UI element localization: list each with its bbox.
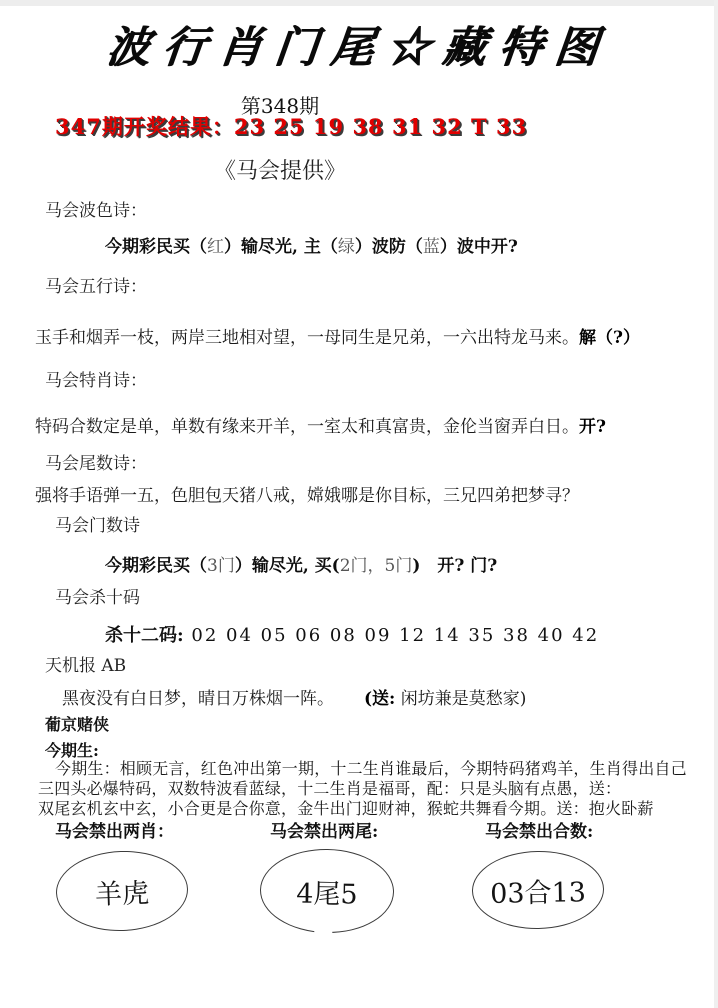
tianji-poem: 黑夜没有白日梦，晴日万株烟一阵。(送: 闲坊兼是莫愁家) [62,684,526,709]
ban-value-sums: 03合13 [490,870,586,911]
ban-label-zodiacs: 马会禁出两肖： [55,817,174,842]
kill-twelve-label: 杀十二码: [105,625,184,646]
ban-oval-sums: 03合13 [471,850,604,930]
section-label-bose: 马会波色诗： [45,196,147,221]
menshu-value2: 2门，5门 [340,556,413,576]
page-edge-top [0,0,718,6]
tianji-song-label: (送: [364,689,395,709]
ban-label-sums: 马会禁出合数: [485,817,593,842]
menshu-part3: ) 开? 门? [412,556,497,576]
ban-label-tails: 马会禁出两尾: [270,817,378,842]
texiao-poem: 特码合数定是单，单数有缘来开羊，一室太和真富贵，金伦当窗弄白日。开? [35,412,606,437]
ban-value-tails: 4尾5 [296,871,358,911]
menshu-poem: 今期彩民买（3门）输尽光, 买(2门，5门) 开? 门? [105,551,497,576]
ban-value-zodiacs: 羊虎 [94,871,149,912]
oval-gap [314,927,332,936]
bose-part1: 今期彩民买（ [105,237,207,257]
tianji-song-text: 闲坊兼是莫愁家) [395,689,526,709]
tianji-poem-text: 黑夜没有白日梦，晴日万株烟一阵。 [62,689,334,709]
pujing-line-3: 双尾玄机玄中玄，小合更是合你意，金牛出门迎财神，猴蛇共舞看今期。送：抱火卧薪 [38,796,654,819]
bose-part2: ）输尽光, 主（ [224,237,338,257]
section-label-texiao: 马会特肖诗： [45,366,147,391]
oval-gap [151,845,169,859]
bose-part3: ）波防（ [355,237,423,257]
section-label-weishu: 马会尾数诗： [45,449,147,474]
lottery-tip-sheet: 波行肖门尾☆藏特图 第348期 347期开奖结果：23 25 19 38 31 … [0,0,718,1008]
texiao-poem-text: 特码合数定是单，单数有缘来开羊，一室太和真富贵，金伦当窗弄白日。 [35,417,579,437]
wuxing-poem-text: 玉手和烟弄一枝，两岸三地相对望，一母同生是兄弟，一六出特龙马来。 [35,328,579,348]
ban-oval-zodiacs: 羊虎 [55,849,190,934]
previous-draw-result: 347期开奖结果：23 25 19 38 31 32 T 33 [55,111,527,141]
provider-note: 《马会提供》 [0,154,560,185]
section-label-shama: 马会杀十码 [55,583,140,608]
oval-gap [567,845,585,859]
kill-twelve-numbers: 02 04 05 06 08 09 12 14 35 38 40 42 [191,625,599,646]
weishu-poem: 强将手语弹一五，色胆包天猪八戒，嫦娥哪是你目标，三兄四弟把梦寻？ [35,481,579,506]
section-label-tianji: 天机报 AB [45,651,126,676]
menshu-part2: ）输尽光, 买( [235,556,340,576]
bose-part4: ）波中开? [440,237,518,257]
section-label-menshu: 马会门数诗 [55,511,140,536]
menshu-part1: 今期彩民买（ [105,556,207,576]
bose-red: 红 [207,237,224,257]
ban-oval-tails: 4尾5 [259,848,394,934]
wuxing-poem: 玉手和烟弄一枝，两岸三地相对望，一母同生是兄弟，一六出特龙马来。解（?） [35,323,640,348]
page-edge-right [714,0,718,1008]
section-label-wuxing: 马会五行诗： [45,272,147,297]
texiao-answer: 开? [579,417,606,437]
bose-green: 绿 [338,237,355,257]
menshu-value1: 3门 [207,556,235,576]
bose-blue: 蓝 [423,237,440,257]
kill-twelve-codes: 杀十二码: 02 04 05 06 08 09 12 14 35 38 40 4… [105,621,599,647]
bose-poem: 今期彩民买（红）输尽光, 主（绿）波防（蓝）波中开? [105,232,518,257]
page-title: 波行肖门尾☆藏特图 [0,14,718,75]
section-label-pujing: 葡京赌侠 [45,712,109,735]
wuxing-answer: 解（?） [579,328,640,348]
